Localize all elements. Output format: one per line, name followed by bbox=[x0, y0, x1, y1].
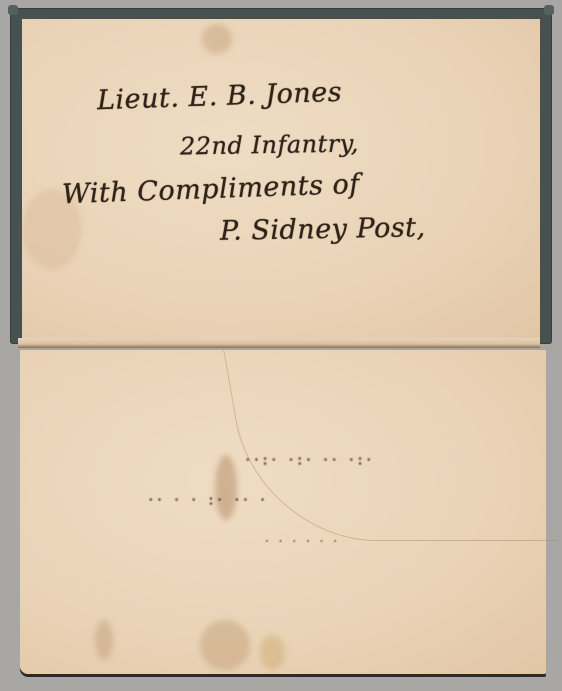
ink-bleed-through: ··:· ·:· ·· ·:· bbox=[245, 450, 375, 469]
cover-corner-top-right bbox=[544, 5, 554, 15]
ink-bleed-through: ·· · · :· ·· · bbox=[148, 490, 268, 509]
inscription-signature: P. Sidney Post, bbox=[220, 212, 426, 247]
stain bbox=[215, 455, 237, 520]
inscription-recipient: Lieut. E. B. Jones bbox=[97, 77, 343, 117]
ink-bleed-through: · · · · · · bbox=[265, 535, 340, 548]
stain bbox=[260, 635, 285, 670]
stain bbox=[95, 620, 113, 660]
page-crease bbox=[223, 350, 558, 541]
inscription-regiment: 22nd Infantry, bbox=[180, 129, 359, 160]
handwritten-inscription: Lieut. E. B. Jones 22nd Infantry, With C… bbox=[22, 19, 540, 339]
page-fold bbox=[18, 338, 540, 348]
cover-corner-top-left bbox=[8, 5, 18, 15]
stain bbox=[200, 620, 250, 670]
inscription-page: Lieut. E. B. Jones 22nd Infantry, With C… bbox=[22, 19, 540, 341]
inscription-compliments: With Compliments of bbox=[62, 169, 361, 210]
facing-page: ··:· ·:· ·· ·:· ·· · · :· ·· · · · · · ·… bbox=[20, 350, 546, 674]
